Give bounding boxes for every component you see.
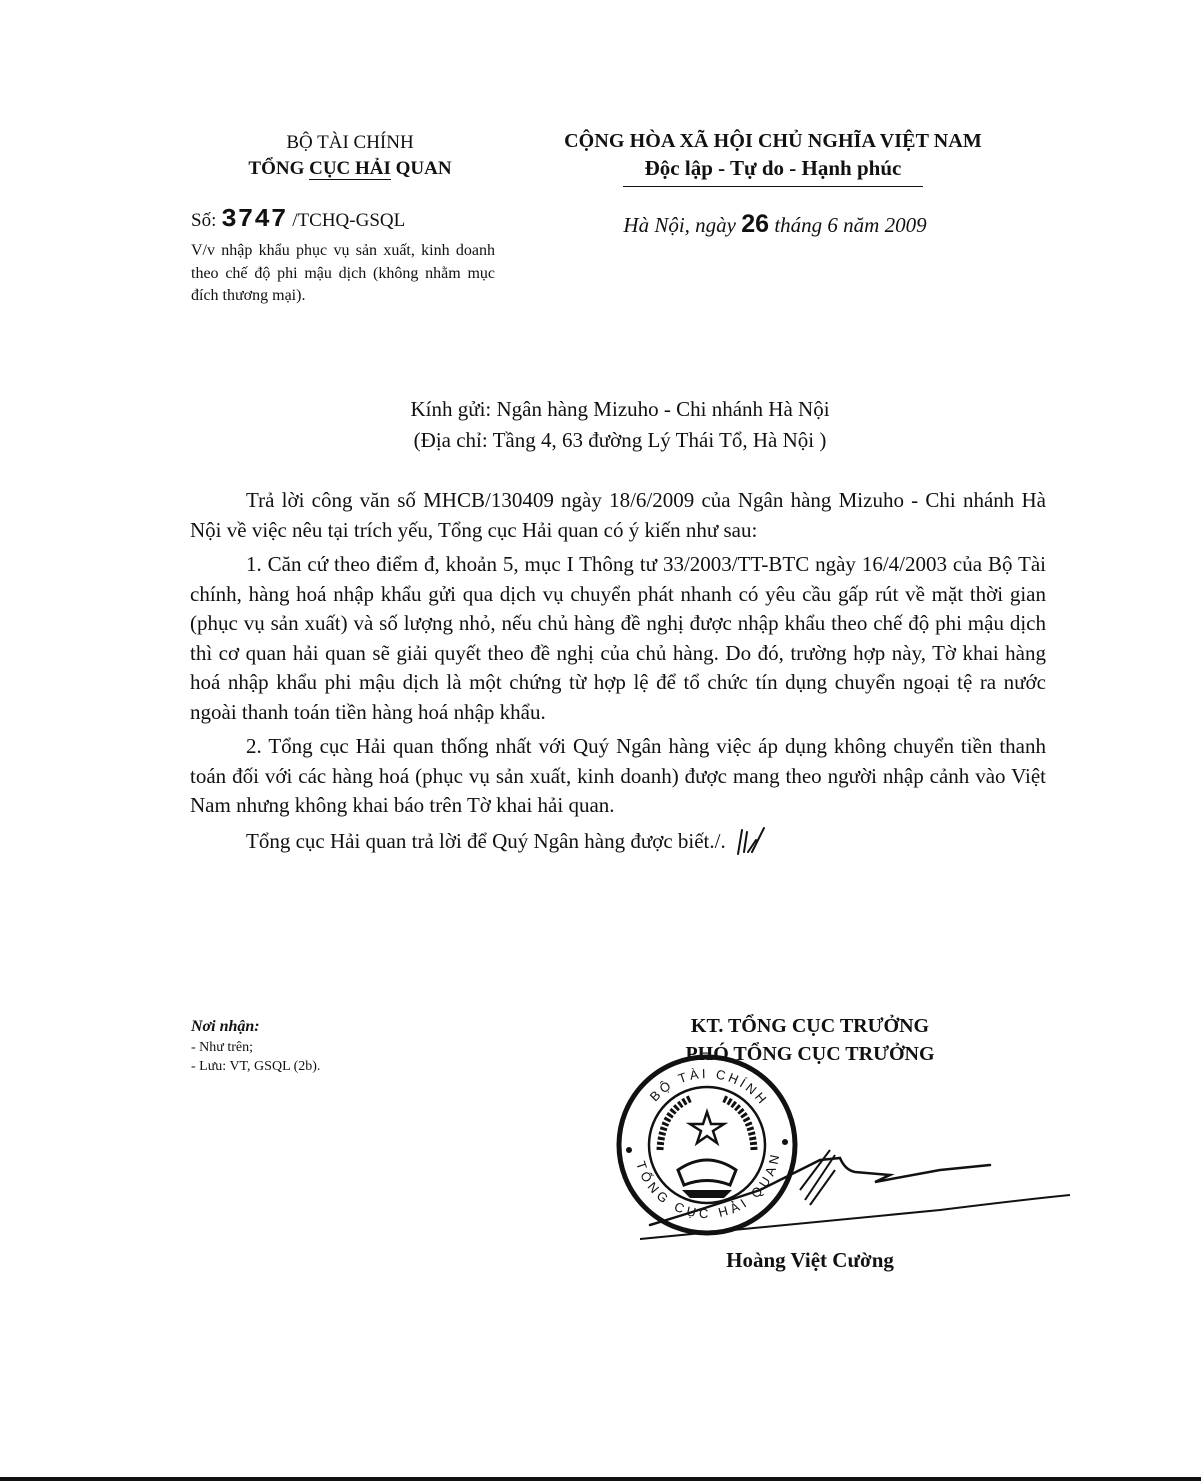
letter-body: Trả lời công văn số MHCB/130409 ngày 18/… [190,486,1046,861]
issuing-agency-header: BỘ TÀI CHÍNH TỔNG CỤC HẢI QUAN [190,130,510,182]
signatory-title-primary: KT. TỔNG CỤC TRƯỞNG [600,1012,1020,1040]
dateline-place: Hà Nội, ngày [623,213,741,237]
closing-text: Tổng cục Hải quan trả lời để Quý Ngân hà… [246,829,726,853]
recipient-item: - Như trên; [191,1038,320,1057]
document-number-suffix: /TCHQ-GSQL [288,210,406,231]
body-intro: Trả lời công văn số MHCB/130409 ngày 18/… [190,486,1046,545]
document-subject: V/v nhập khẩu phục vụ sản xuất, kinh doa… [191,240,495,308]
addressee-address: (Địa chỉ: Tầng 4, 63 đường Lý Thái Tổ, H… [300,425,940,456]
signer-name: Hoàng Việt Cường [600,1248,1020,1273]
department-name-underlined: CỤC HẢI [309,158,391,180]
motto-underline [623,186,923,187]
department-name-part: QUAN [391,158,452,179]
addressee-block: Kính gửi: Ngân hàng Mizuho - Chi nhánh H… [300,394,940,456]
recipient-item: - Lưu: VT, GSQL (2b). [191,1057,320,1076]
national-header: CỘNG HÒA XÃ HỘI CHỦ NGHĨA VIỆT NAM Độc l… [528,128,1018,187]
department-name-part: TỔNG [248,158,309,179]
recipients-block: Nơi nhận: - Như trên; - Lưu: VT, GSQL (2… [191,1016,320,1076]
addressee-line: Kính gửi: Ngân hàng Mizuho - Chi nhánh H… [300,394,940,425]
document-page: BỘ TÀI CHÍNH TỔNG CỤC HẢI QUAN CỘNG HÒA … [0,0,1201,1481]
handwritten-signature-icon [640,1130,1070,1240]
body-point-1: 1. Căn cứ theo điểm đ, khoản 5, mục I Th… [190,550,1046,727]
recipients-title: Nơi nhận: [191,1016,320,1038]
document-number: Số: 3747 /TCHQ-GSQL [191,204,405,234]
ministry-name: BỘ TÀI CHÍNH [190,130,510,156]
scan-bottom-edge [0,1477,1201,1481]
body-closing: Tổng cục Hải quan trả lời để Quý Ngân hà… [190,826,1046,857]
dateline-day: 26 [741,210,769,238]
dateline-month-year: tháng 6 năm 2009 [769,213,927,237]
nation-title: CỘNG HÒA XÃ HỘI CHỦ NGHĨA VIỆT NAM [528,128,1018,154]
initials-mark-icon [734,826,768,856]
document-number-value: 3747 [221,204,287,234]
document-number-label: Số: [191,210,221,231]
body-point-2: 2. Tổng cục Hải quan thống nhất với Quý … [190,732,1046,821]
dateline: Hà Nội, ngày 26 tháng 6 năm 2009 [540,210,1010,239]
department-name: TỔNG CỤC HẢI QUAN [190,156,510,182]
national-motto: Độc lập - Tự do - Hạnh phúc [528,154,1018,182]
